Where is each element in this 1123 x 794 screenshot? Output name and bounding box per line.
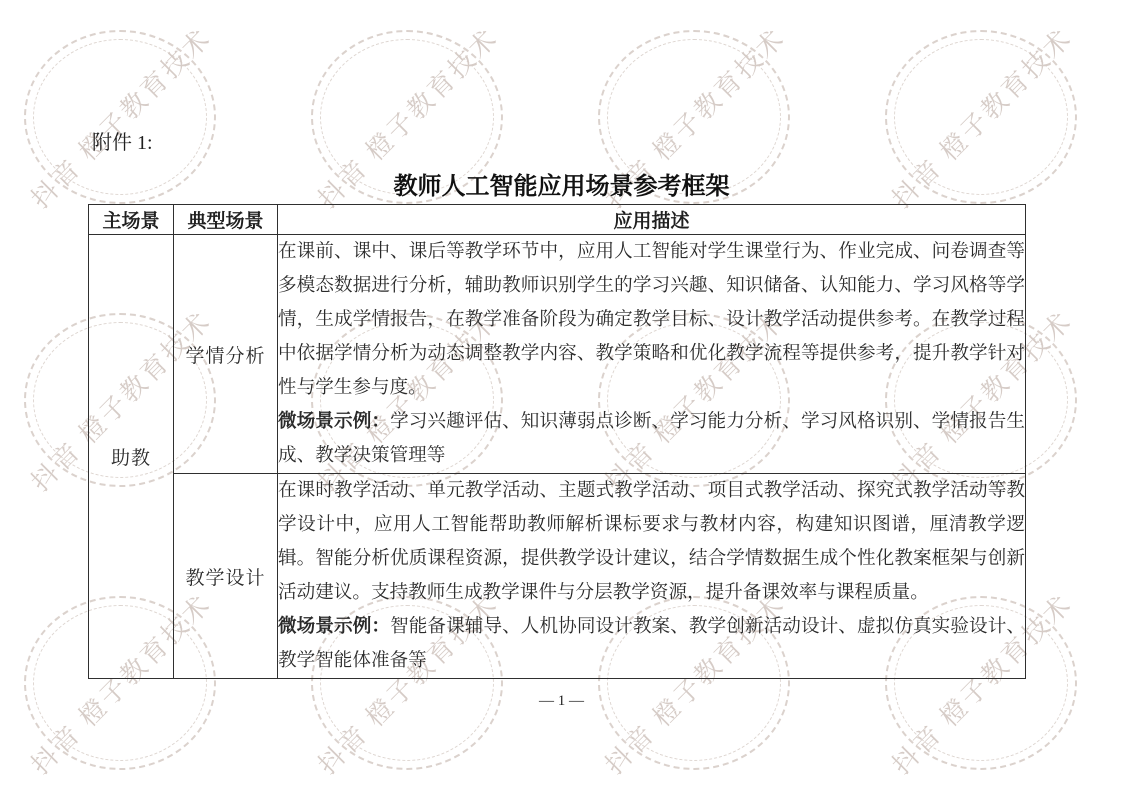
main-scenario-cell: 助教 <box>89 235 174 679</box>
table-header-row: 主场景 典型场景 应用描述 <box>89 205 1026 235</box>
scenario-table: 主场景 典型场景 应用描述 助教 学情分析 在课前、课中、课后等教学环节中，应用… <box>88 204 1026 679</box>
table-row: 教学设计 在课时教学活动、单元教学活动、主题式教学活动、项目式教学活动、探究式教… <box>89 474 1026 679</box>
micro-scenario-line: 微场景示例：智能备课辅导、人机协同设计教案、教学创新活动设计、虚拟仿真实验设计、… <box>278 610 1025 678</box>
micro-scenario-label: 微场景示例： <box>278 616 390 637</box>
document-page: 抖音 橙子教育技术抖音 橙子教育技术抖音 橙子教育技术抖音 橙子教育技术抖音 橙… <box>0 0 1123 794</box>
micro-scenario-label: 微场景示例： <box>278 411 390 432</box>
page-number: — 1 — <box>0 693 1123 710</box>
table-row: 助教 学情分析 在课前、课中、课后等教学环节中，应用人工智能对学生课堂行为、作业… <box>89 235 1026 474</box>
description-cell: 在课时教学活动、单元教学活动、主题式教学活动、项目式教学活动、探究式教学活动等教… <box>278 474 1026 679</box>
micro-scenario-examples: 智能备课辅导、人机协同设计教案、教学创新活动设计、虚拟仿真实验设计、教学智能体准… <box>278 616 1025 671</box>
description-cell: 在课前、课中、课后等教学环节中，应用人工智能对学生课堂行为、作业完成、问卷调查等… <box>278 235 1026 474</box>
description-text: 在课时教学活动、单元教学活动、主题式教学活动、项目式教学活动、探究式教学活动等教… <box>278 474 1025 610</box>
col-header-main-scenario: 主场景 <box>89 205 174 235</box>
typical-scenario-cell: 学情分析 <box>174 235 278 474</box>
typical-scenario-cell: 教学设计 <box>174 474 278 679</box>
attachment-label: 附件 1: <box>92 126 153 155</box>
document-content: 附件 1: 教师人工智能应用场景参考框架 主场景 典型场景 应用描述 助教 学情… <box>0 0 1123 794</box>
micro-scenario-examples: 学习兴趣评估、知识薄弱点诊断、学习能力分析、学习风格识别、学情报告生成、教学决策… <box>278 411 1025 466</box>
col-header-application-description: 应用描述 <box>278 205 1026 235</box>
page-title: 教师人工智能应用场景参考框架 <box>0 166 1123 201</box>
col-header-typical-scenario: 典型场景 <box>174 205 278 235</box>
description-text: 在课前、课中、课后等教学环节中，应用人工智能对学生课堂行为、作业完成、问卷调查等… <box>278 235 1025 405</box>
micro-scenario-line: 微场景示例：学习兴趣评估、知识薄弱点诊断、学习能力分析、学习风格识别、学情报告生… <box>278 405 1025 473</box>
